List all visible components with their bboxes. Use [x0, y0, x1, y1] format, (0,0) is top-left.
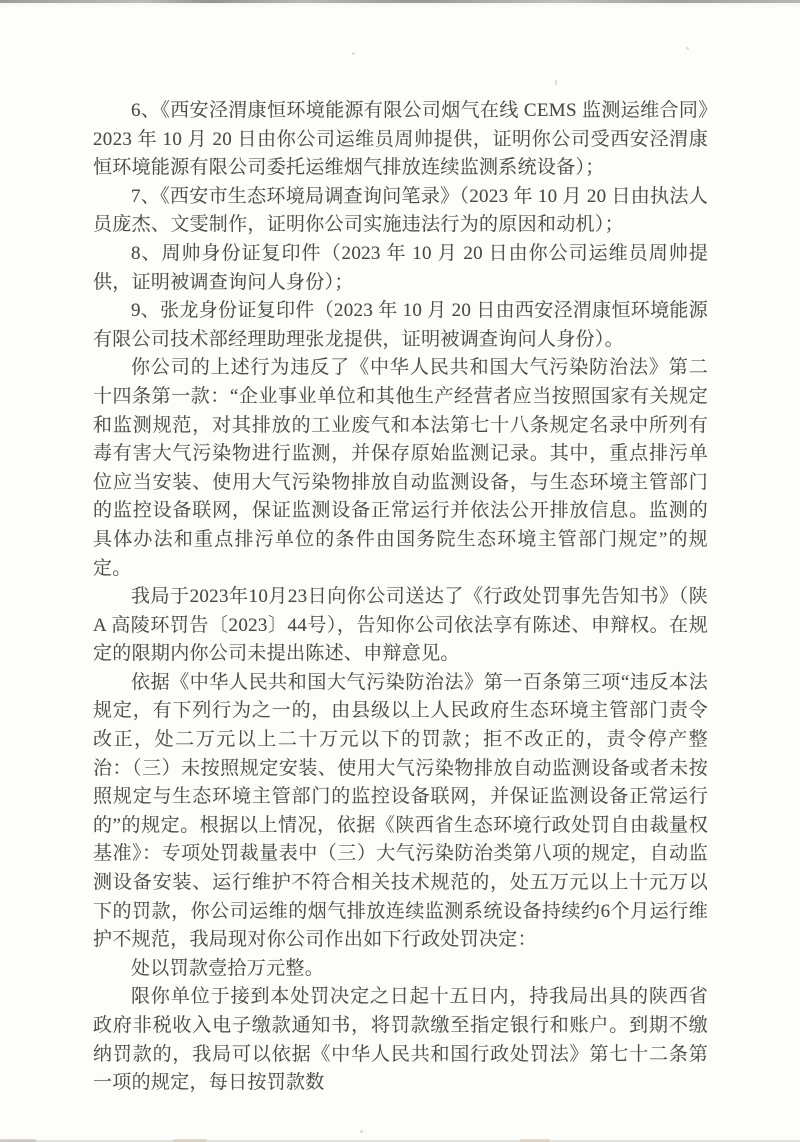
scan-artifact-top-edge	[0, 0, 800, 3]
paragraph-violation-clause: 你公司的上述行为违反了《中华人民共和国大气污染防治法》第二十四条第一款：“企业事…	[93, 354, 708, 583]
paragraph-penalty-decision: 处以罚款壹拾万元整。	[93, 955, 708, 984]
paragraph-payment-instruction: 限你单位于接到本处罚决定之日起十五日内，持我局出具的陕西省政府非税收入电子缴款通…	[93, 983, 708, 1097]
paragraph-evidence-item-9: 9、张龙身份证复印件（2023 年 10 月 20 日由西安泾渭康恒环境能源有限…	[93, 297, 708, 354]
paragraph-evidence-item-6: 6、《西安泾渭康恒环境能源有限公司烟气在线 CEMS 监测运维合同》2023 年…	[93, 97, 708, 183]
scan-speck	[555, 80, 557, 85]
scan-speck	[686, 47, 689, 50]
scan-speck	[352, 52, 355, 55]
scanned-document-page: 6、《西安泾渭康恒环境能源有限公司烟气在线 CEMS 监测运维合同》2023 年…	[0, 0, 800, 1142]
paragraph-legal-basis: 依据《中华人民共和国大气污染防治法》第一百条第三项“违反本法规定，有下列行为之一…	[93, 669, 708, 955]
document-body: 6、《西安泾渭康恒环境能源有限公司烟气在线 CEMS 监测运维合同》2023 年…	[93, 97, 708, 1098]
paragraph-prior-notice: 我局于2023年10月23日向你公司送达了《行政处罚事先告知书》（陕 A 高陵环…	[93, 583, 708, 669]
scan-speck	[297, 1087, 300, 1090]
paragraph-evidence-item-7: 7、《西安市生态环境局调查询问笔录》（2023 年 10 月 20 日由执法人员…	[93, 183, 708, 240]
scan-speck	[360, 1130, 363, 1133]
paragraph-evidence-item-8: 8、周帅身份证复印件（2023 年 10 月 20 日由你公司运维员周帅提供，证…	[93, 240, 708, 297]
